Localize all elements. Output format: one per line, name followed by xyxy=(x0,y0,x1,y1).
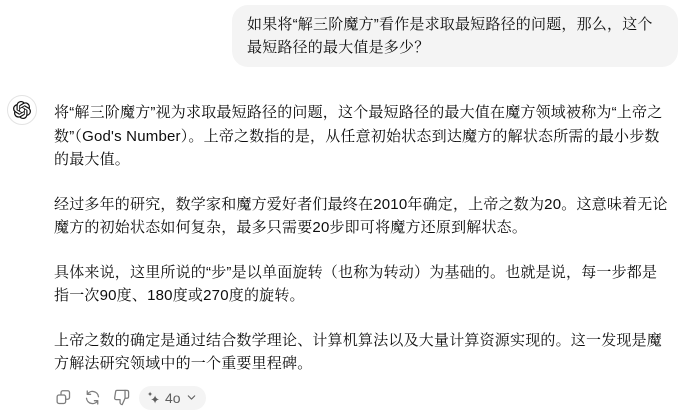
assistant-message-row: 将“解三阶魔方”视为求取最短路径的问题，这个最短路径的最大值在魔方领域被称为“上… xyxy=(0,95,690,411)
assistant-paragraph: 上帝之数的确定是通过结合数学理论、计算机算法以及大量计算资源实现的。这一发现是魔… xyxy=(54,329,672,376)
regenerate-icon xyxy=(84,389,101,406)
openai-logo-icon xyxy=(13,101,31,119)
chat-conversation: 如果将“解三阶魔方”看作是求取最短路径的问题，那么，这个最短路径的最大值是多少？… xyxy=(0,0,690,416)
sparkle-icon xyxy=(146,390,161,405)
assistant-message-content: 将“解三阶魔方”视为求取最短路径的问题，这个最短路径的最大值在魔方领域被称为“上… xyxy=(54,101,672,411)
assistant-avatar xyxy=(7,95,37,125)
thumbs-down-icon xyxy=(113,389,130,406)
message-toolbar: 4o xyxy=(50,385,672,411)
assistant-paragraph: 将“解三阶魔方”视为求取最短路径的问题，这个最短路径的最大值在魔方领域被称为“上… xyxy=(54,101,672,172)
regenerate-button[interactable] xyxy=(79,385,105,411)
assistant-paragraph: 具体来说，这里所说的“步”是以单面旋转（也称为转动）为基础的。也就是说，每一步都… xyxy=(54,261,672,308)
user-message-bubble: 如果将“解三阶魔方”看作是求取最短路径的问题，那么，这个最短路径的最大值是多少？ xyxy=(232,5,678,67)
model-badge[interactable]: 4o xyxy=(139,386,206,410)
copy-icon xyxy=(55,389,72,406)
thumbs-down-button[interactable] xyxy=(108,385,134,411)
model-badge-label: 4o xyxy=(165,390,181,406)
user-message-row: 如果将“解三阶魔方”看作是求取最短路径的问题，那么，这个最短路径的最大值是多少？ xyxy=(0,0,690,67)
copy-button[interactable] xyxy=(50,385,76,411)
chevron-down-icon xyxy=(185,392,197,403)
assistant-paragraph: 经过多年的研究，数学家和魔方爱好者们最终在2010年确定，上帝之数为20。这意味… xyxy=(54,193,672,240)
